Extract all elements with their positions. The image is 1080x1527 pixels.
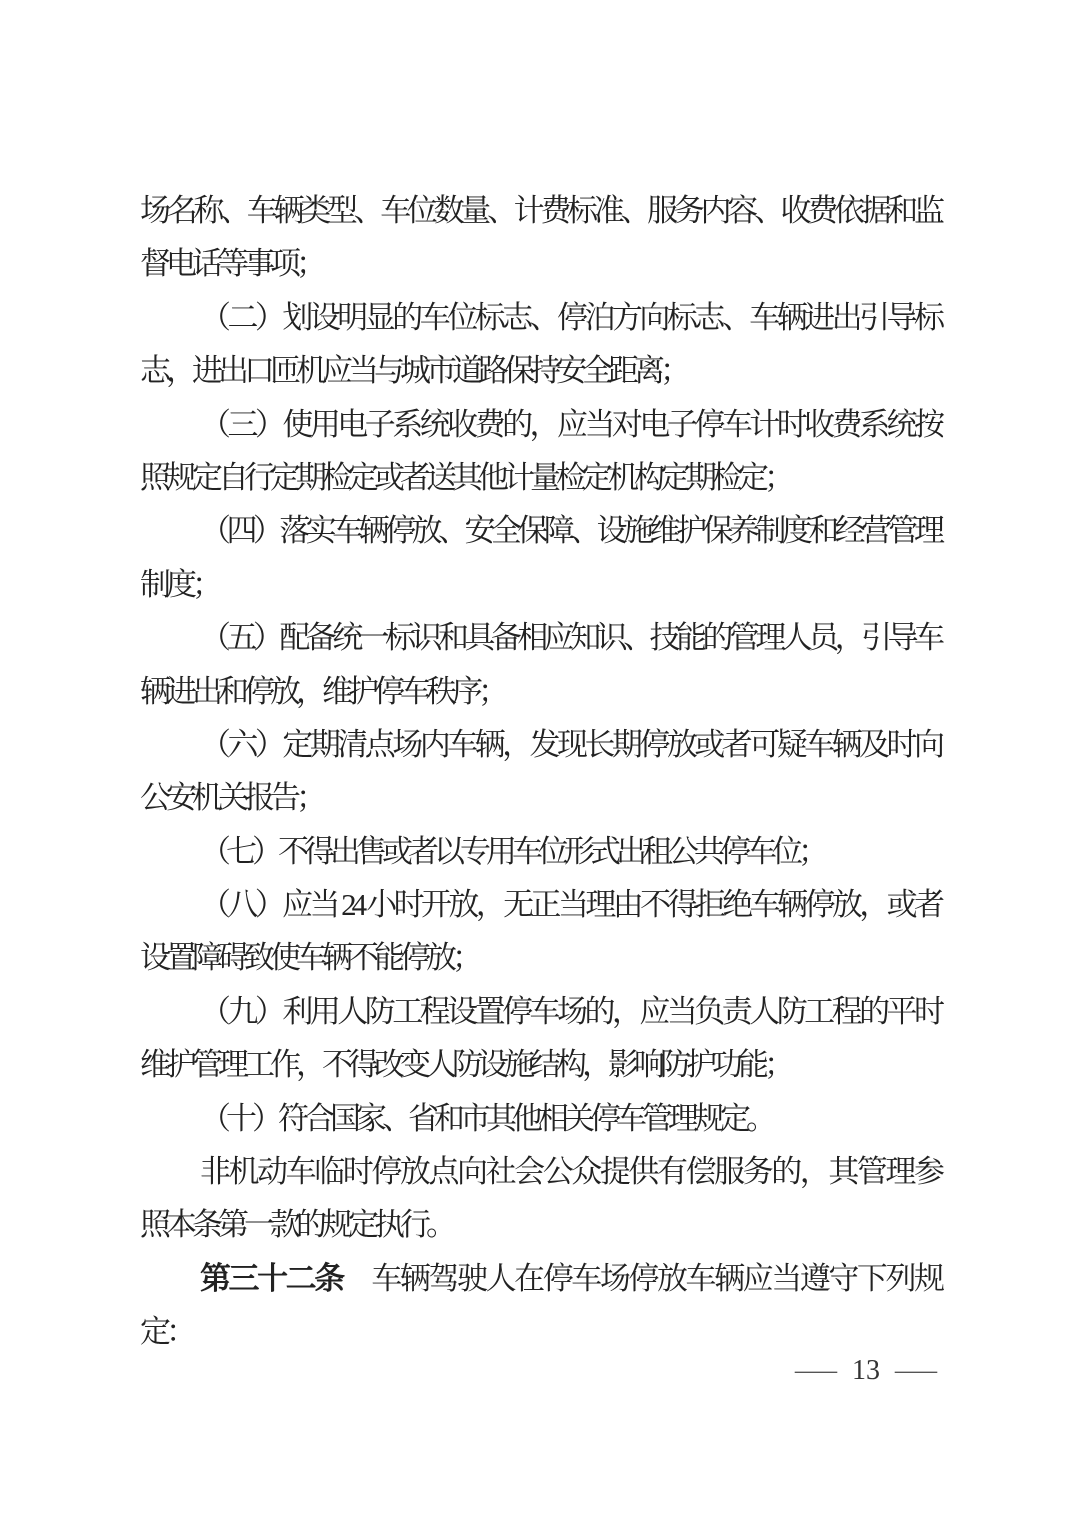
text-run: （九）利用人防工程设置停车场的，应当负责人防工程的平时	[200, 994, 940, 1029]
text-run: 定：	[140, 1314, 192, 1349]
text-line: 照本条第一款的规定执行。	[140, 1198, 940, 1251]
text-line: 非机动车临时停放点向社会公众提供有偿服务的，其管理参	[140, 1145, 940, 1198]
text-line: （四）落实车辆停放、安全保障、设施维护保养制度和经营管理	[140, 504, 940, 557]
text-run: 场名称、车辆类型、车位数量、计费标准、服务内容、收费依据和监	[140, 193, 940, 228]
text-run: 非机动车临时停放点向社会公众提供有偿服务的，其管理参	[200, 1154, 940, 1189]
text-line: （八）应当 24 小时开放，无正当理由不得拒绝车辆停放，或者	[140, 878, 940, 931]
text-run: （四）落实车辆停放、安全保障、设施维护保养制度和经营管理	[200, 513, 940, 548]
page-footer: —13—	[802, 1351, 930, 1391]
text-line: （九）利用人防工程设置停车场的，应当负责人防工程的平时	[140, 985, 940, 1038]
text-run: 车辆驾驶人在停车场停放车辆应当遵守下列规	[343, 1261, 940, 1296]
text-line: （三）使用电子系统收费的，应当对电子停车计时收费系统按	[140, 398, 940, 451]
text-line: 公安机关报告；	[140, 771, 940, 824]
text-line: 第三十二条 车辆驾驶人在停车场停放车辆应当遵守下列规	[140, 1252, 940, 1305]
text-line: （二）划设明显的车位标志、停泊方向标志、车辆进出引导标	[140, 291, 940, 344]
text-line: 维护管理工作，不得改变人防设施结构，影响防护功能；	[140, 1038, 940, 1091]
text-run: 公安机关报告；	[140, 780, 322, 815]
text-run: 辆进出和停放，维护停车秩序；	[140, 674, 504, 709]
text-line: （五）配备统一标识和具备相应知识、技能的管理人员，引导车	[140, 611, 940, 664]
text-run: （三）使用电子系统收费的，应当对电子停车计时收费系统按	[200, 407, 940, 442]
text-run: （七）不得出售或者以专用车位形式出租公共停车位；	[200, 834, 824, 869]
text-run: （十）符合国家、省和市其他相关停车管理规定。	[200, 1101, 772, 1136]
text-line: 志，进出口匝机应当与城市道路保持安全距离；	[140, 344, 940, 397]
text-line: 制度；	[140, 558, 940, 611]
document-body: 场名称、车辆类型、车位数量、计费标准、服务内容、收费依据和监督电话等事项；（二）…	[140, 184, 940, 1359]
text-run: 志，进出口匝机应当与城市道路保持安全距离；	[140, 353, 686, 388]
page-number: 13	[852, 1351, 880, 1391]
text-line: 设置障碍致使车辆不能停放；	[140, 931, 940, 984]
article-number: 第三十二条	[200, 1261, 343, 1296]
text-run: （八）应当 24 小时开放，无正当理由不得拒绝车辆停放，或者	[200, 887, 940, 922]
text-run: 制度；	[140, 567, 218, 602]
text-line: 辆进出和停放，维护停车秩序；	[140, 665, 940, 718]
text-line: （六）定期清点场内车辆，发现长期停放或者可疑车辆及时向	[140, 718, 940, 771]
text-line: （十）符合国家、省和市其他相关停车管理规定。	[140, 1092, 940, 1145]
footer-dash-left: —	[795, 1351, 837, 1391]
footer-dash-right: —	[895, 1351, 937, 1391]
text-run: 维护管理工作，不得改变人防设施结构，影响防护功能；	[140, 1047, 790, 1082]
document-page: 场名称、车辆类型、车位数量、计费标准、服务内容、收费依据和监督电话等事项；（二）…	[0, 0, 1080, 1527]
text-run: 照本条第一款的规定执行。	[140, 1207, 452, 1242]
text-line: （七）不得出售或者以专用车位形式出租公共停车位；	[140, 825, 940, 878]
text-run: （二）划设明显的车位标志、停泊方向标志、车辆进出引导标	[200, 300, 940, 335]
text-run: （五）配备统一标识和具备相应知识、技能的管理人员，引导车	[200, 620, 940, 655]
text-run: 照规定自行定期检定或者送其他计量检定机构定期检定；	[140, 460, 790, 495]
text-line: 照规定自行定期检定或者送其他计量检定机构定期检定；	[140, 451, 940, 504]
text-run: 督电话等事项；	[140, 246, 322, 281]
text-run: 设置障碍致使车辆不能停放；	[140, 940, 478, 975]
text-line: 督电话等事项；	[140, 237, 940, 290]
text-run: （六）定期清点场内车辆，发现长期停放或者可疑车辆及时向	[200, 727, 940, 762]
text-line: 场名称、车辆类型、车位数量、计费标准、服务内容、收费依据和监	[140, 184, 940, 237]
